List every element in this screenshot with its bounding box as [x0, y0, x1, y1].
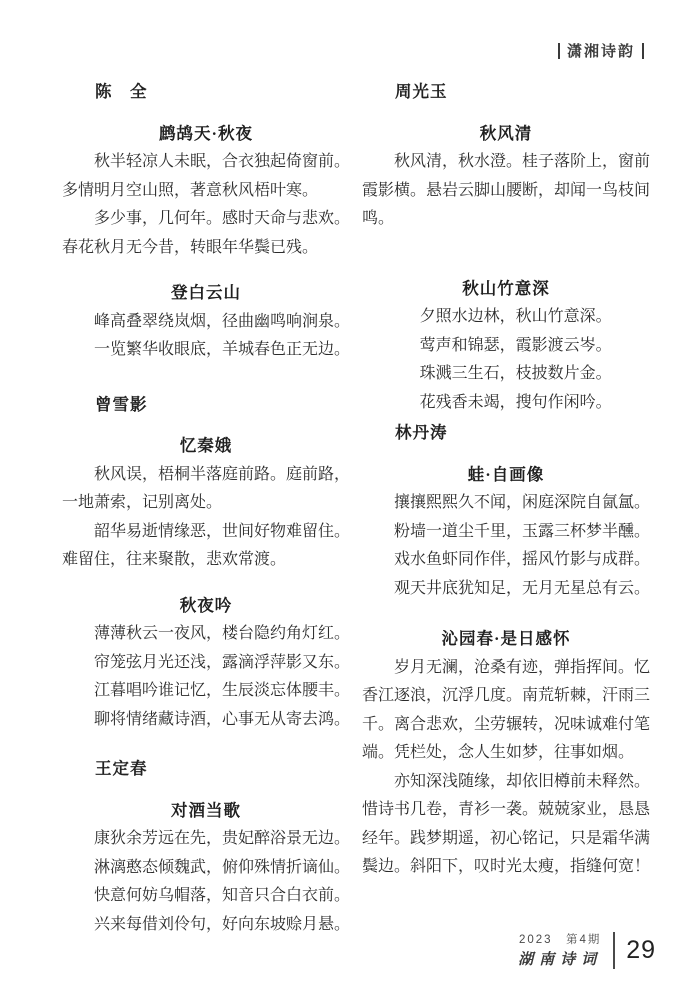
poem-title: 登白云山 [62, 279, 350, 308]
poem-line: 粉墙一道尘千里，玉露三杯梦半醺。 [362, 518, 650, 547]
poem-line: 峰高叠翠绕岚烟，径曲幽鸣响涧泉。 [62, 308, 350, 337]
poem-line: 聊将情绪藏诗酒，心事无从寄去鸿。 [62, 706, 350, 735]
poem-paragraph: 秋风误，梧桐半落庭前路。庭前路，一地萧索，记别离处。 [62, 461, 350, 518]
poem-yiqine: 忆秦娥 秋风误，梧桐半落庭前路。庭前路，一地萧索，记别离处。 韶华易逝情缘恶，世… [62, 432, 350, 575]
poem-line: 帘笼弦月光还浅，露滴浮萍影又东。 [62, 649, 350, 678]
header-right-bar [642, 43, 644, 59]
poem-line: 江暮唱吟谁记忆，生辰淡忘体腰丰。 [62, 677, 350, 706]
footer-issue-block: 2023 第4期 湖南诗词 [518, 931, 602, 969]
poem-title: 鹧鸪天·秋夜 [62, 120, 350, 149]
poem-line: 攘攘熙熙久不闻，闲庭深院自氤氲。 [362, 489, 650, 518]
poem-paragraph: 秋风清，秋水澄。桂子落阶上，窗前霞影横。悬岩云脚山腰断，却闻一鸟枝间鸣。 [362, 148, 650, 234]
poem-qiushanzhuyishen: 秋山竹意深 夕照水边林，秋山竹意深。 莺声和锦瑟，霞影渡云岑。 珠溅三生石，枝披… [362, 275, 650, 418]
poem-line: 夕照水边林，秋山竹意深。 [362, 303, 650, 332]
poem-line: 兴来每借刘伶句，好向东坡赊月悬。 [62, 911, 350, 940]
poem-title: 对酒当歌 [62, 797, 350, 826]
poem-paragraph: 多少事，几何年。感时天命与悲欢。春花秋月无今昔，转眼年华鬓已残。 [62, 205, 350, 262]
journal-header-title: 潇湘诗韵 [567, 40, 635, 61]
poem-line: 一览繁华收眼底，羊城春色正无边。 [62, 336, 350, 365]
poem-line: 快意何妨乌帽落，知音只合白衣前。 [62, 882, 350, 911]
poem-qiufengqing: 秋风清 秋风清，秋水澄。桂子落阶上，窗前霞影横。悬岩云脚山腰断，却闻一鸟枝间鸣。 [362, 120, 650, 234]
poem-wa-zihuaxiang: 蛙·自画像 攘攘熙熙久不闻，闲庭深院自氤氲。 粉墙一道尘千里，玉露三杯梦半醺。 … [362, 461, 650, 604]
poem-line: 莺声和锦瑟，霞影渡云岑。 [362, 332, 650, 361]
poem-paragraph: 秋半轻凉人未眠，合衣独起倚窗前。多情明月空山照，著意秋风梧叶寒。 [62, 148, 350, 205]
author-name: 林丹涛 [362, 419, 650, 448]
author-name: 陈 全 [62, 78, 350, 107]
author-name: 周光玉 [362, 78, 650, 107]
page-footer: 2023 第4期 湖南诗词 29 [518, 931, 656, 969]
poem-title: 忆秦娥 [62, 432, 350, 461]
poem-paragraph: 亦知深浅随缘，却依旧樽前未释然。惜诗书几卷，青衫一袭。兢兢家业，恳恳经年。践梦期… [362, 768, 650, 882]
footer-divider [613, 932, 615, 969]
poem-title: 秋山竹意深 [362, 275, 650, 304]
poem-line: 花残香未竭，搜句作闲吟。 [362, 389, 650, 418]
poem-paragraph: 韶华易逝情缘恶，世间好物难留住。难留住，往来聚散，悲欢常渡。 [62, 518, 350, 575]
poem-line: 观天井底犹知足，无月无星总有云。 [362, 575, 650, 604]
poem-line: 珠溅三生石，枝披数片金。 [362, 360, 650, 389]
footer-journal-name: 湖南诗词 [518, 948, 602, 969]
magazine-page: 潇湘诗韵 陈 全 鹧鸪天·秋夜 秋半轻凉人未眠，合衣独起倚窗前。多情明月空山照，… [0, 0, 700, 989]
journal-header: 潇湘诗韵 [558, 40, 644, 61]
poem-line: 薄薄秋云一夜风，楼台隐约角灯红。 [62, 620, 350, 649]
poem-duijiudangge: 对酒当歌 康狄余芳远在先，贵妃醉浴景无边。 淋漓憨态倾魏武，俯仰殊情折谪仙。 快… [62, 797, 350, 940]
poem-dengbaiyunshan: 登白云山 峰高叠翠绕岚烟，径曲幽鸣响涧泉。 一览繁华收眼底，羊城春色正无边。 [62, 279, 350, 365]
left-column: 陈 全 鹧鸪天·秋夜 秋半轻凉人未眠，合衣独起倚窗前。多情明月空山照，著意秋风梧… [62, 78, 350, 939]
author-name: 曾雪影 [62, 391, 350, 420]
poem-line: 康狄余芳远在先，贵妃醉浴景无边。 [62, 825, 350, 854]
page-number: 29 [626, 936, 656, 965]
poem-title: 秋风清 [362, 120, 650, 149]
poem-line: 淋漓憨态倾魏武，俯仰殊情折谪仙。 [62, 854, 350, 883]
content-columns: 陈 全 鹧鸪天·秋夜 秋半轻凉人未眠，合衣独起倚窗前。多情明月空山照，著意秋风梧… [62, 78, 650, 939]
author-name: 王定春 [62, 755, 350, 784]
poem-line: 戏水鱼虾同作伴，摇风竹影与成群。 [362, 546, 650, 575]
poem-zhegutian-qiuye: 鹧鸪天·秋夜 秋半轻凉人未眠，合衣独起倚窗前。多情明月空山照，著意秋风梧叶寒。 … [62, 120, 350, 263]
poem-title: 蛙·自画像 [362, 461, 650, 490]
poem-qiuyeyin: 秋夜吟 薄薄秋云一夜风，楼台隐约角灯红。 帘笼弦月光还浅，露滴浮萍影又东。 江暮… [62, 592, 350, 735]
header-left-bar [558, 43, 560, 59]
poem-paragraph: 岁月无澜，沧桑有迹，弹指挥间。忆香江逐浪，沉浮几度。南荒斩棘，汗雨三千。离合悲欢… [362, 654, 650, 768]
footer-issue-info: 2023 第4期 [518, 931, 602, 947]
poem-qinyuanchun: 沁园春·是日感怀 岁月无澜，沧桑有迹，弹指挥间。忆香江逐浪，沉浮几度。南荒斩棘，… [362, 625, 650, 882]
poem-title: 秋夜吟 [62, 592, 350, 621]
poem-title: 沁园春·是日感怀 [362, 625, 650, 654]
right-column: 周光玉 秋风清 秋风清，秋水澄。桂子落阶上，窗前霞影横。悬岩云脚山腰断，却闻一鸟… [362, 78, 650, 939]
